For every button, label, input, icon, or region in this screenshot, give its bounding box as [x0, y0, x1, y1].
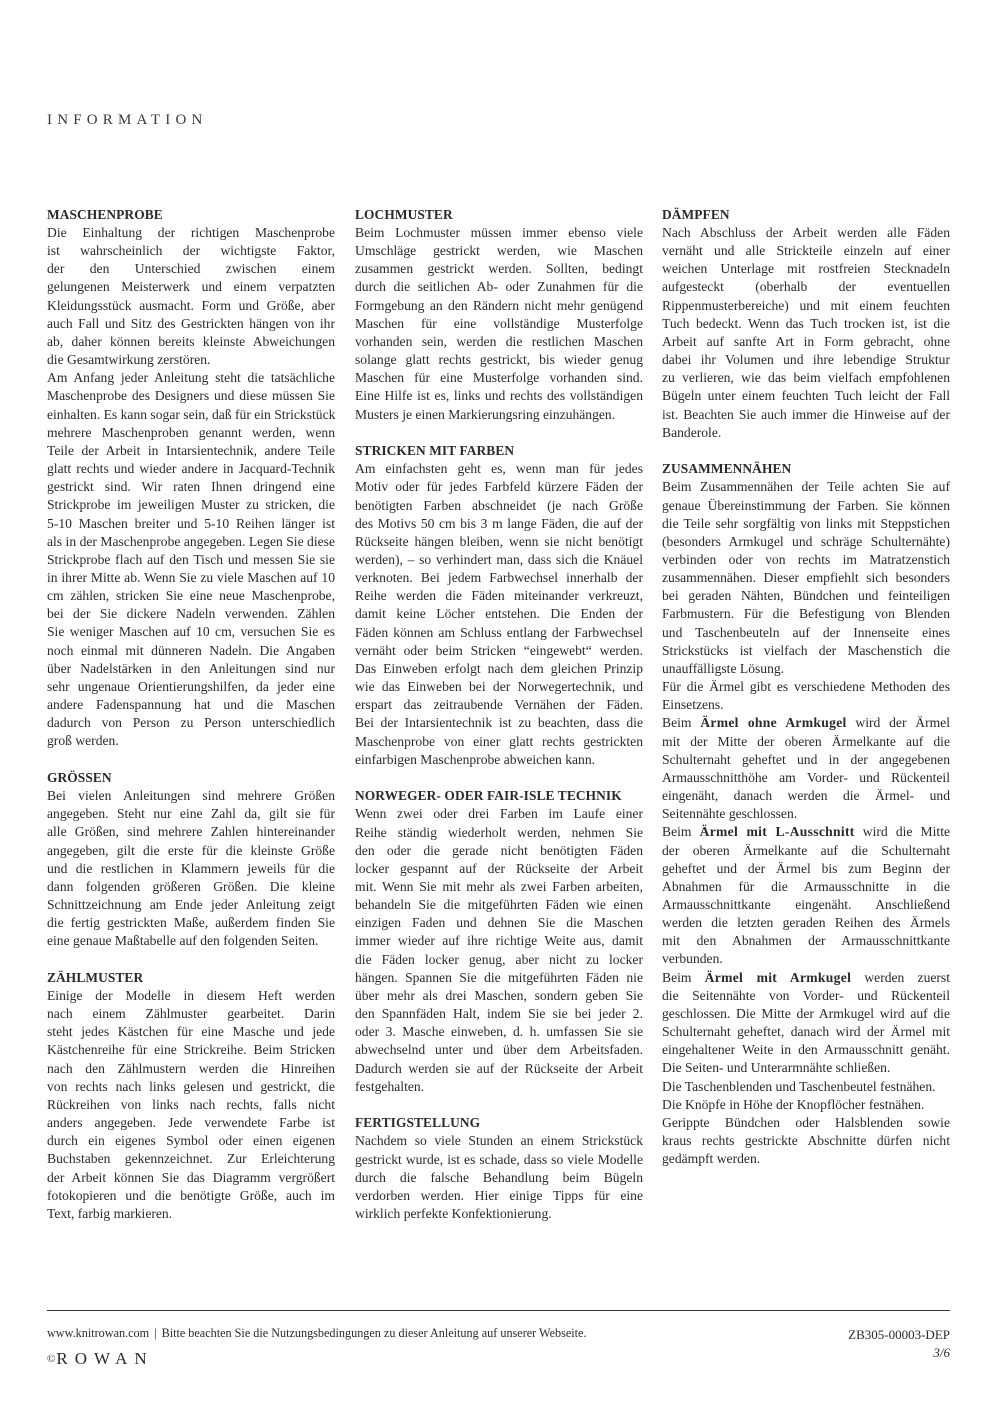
text-line: Beim Ärmel mit L-Ausschnitt wird die Mit… — [662, 823, 950, 841]
text-line: Die Knöpfe in Höhe der Knopflöcher festn… — [662, 1096, 950, 1114]
text-line: Dadurch werden sie auf der Rückseite der… — [355, 1060, 643, 1078]
text-segment: Beim — [662, 970, 705, 985]
text-line: Teile der Arbeit in Intarsientechnik, an… — [47, 442, 335, 460]
text-line: Einige der Modelle in diesem Heft werden — [47, 987, 335, 1005]
text-line: damit keine Löcher entstehen. Die Enden … — [355, 605, 643, 623]
text-line: vernäht und alle Strickteile einzeln auf… — [662, 242, 950, 260]
text-line: einhalten. Es kann sogar sein, daß für e… — [47, 406, 335, 424]
text-line: glatt rechts und wieder andere in Jacqua… — [47, 460, 335, 478]
text-line: benötigten Farben abschneidet (je nach G… — [355, 497, 643, 515]
text-line: mit. Wenn Sie mit mehr als zwei Farben a… — [355, 878, 643, 896]
text-line: Die Seiten- und Unterarmnähte schließen. — [662, 1059, 950, 1077]
text-line: verbunden. — [662, 950, 950, 968]
text-line: ist wahrscheinlich der wichtigste Faktor… — [47, 242, 335, 260]
text-line: Strickprobe flach auf den Tisch und mess… — [47, 551, 335, 569]
text-line: über Nadelstärken in den Anleitungen sin… — [47, 660, 335, 678]
text-line: mit der Mitte der oberen Ärmelkante auf … — [662, 733, 950, 751]
section-body: Beim Zusammennähen der Teile achten Sie … — [662, 478, 950, 1168]
text-line: durch ein eigenes Symbol oder einen eige… — [47, 1132, 335, 1150]
text-line: Am einfachsten geht es, wenn man für jed… — [355, 460, 643, 478]
text-line: verdorben werden. Hier einige Tipps für … — [355, 1187, 643, 1205]
column-2: LOCHMUSTERBeim Lochmuster müssen immer e… — [355, 206, 643, 1242]
section-heading: ZÄHLMUSTER — [47, 969, 335, 987]
text-line: alle Größen, sind mehrere Zahlen hintere… — [47, 823, 335, 841]
text-line: dabei ihr Volumen und ihre lebendige Str… — [662, 351, 950, 369]
text-line: werden die letzten geraden Reihen des Är… — [662, 914, 950, 932]
text-line: geheftet und der Ärmel bis zum Beginn de… — [662, 860, 950, 878]
text-line: Seitennähte geschlossen. — [662, 805, 950, 823]
text-line: Umschläge gestrickt werden, wie Maschen — [355, 242, 643, 260]
text-line: gedämpft werden. — [662, 1150, 950, 1168]
section-dampfen: DÄMPFENNach Abschluss der Arbeit werden … — [662, 206, 950, 442]
footer-divider — [47, 1310, 950, 1311]
footer-notice: www.knitrowan.com|Bitte beachten Sie die… — [47, 1326, 586, 1341]
text-line: abwechselnd unter und über dem Arbeitsfa… — [355, 1041, 643, 1059]
text-line: eingenäht, danach werden die Ärmel- und — [662, 787, 950, 805]
text-line: oder 3. Masche einweben, d. h. umfassen … — [355, 1023, 643, 1041]
section-heading: GRÖSSEN — [47, 769, 335, 787]
page-title: INFORMATION — [47, 112, 208, 129]
text-line: fotokopieren und die benötigte Größe, au… — [47, 1187, 335, 1205]
text-line: über mehr als drei Maschen, sondern gebe… — [355, 987, 643, 1005]
text-line: Kleidungsstück ausmacht. Form und Größe,… — [47, 297, 335, 315]
document-code: ZB305-00003-DEP — [848, 1326, 950, 1344]
text-line: Wenn zwei oder drei Farben im Laufe eine… — [355, 805, 643, 823]
section-body: Die Einhaltung der richtigen Maschenprob… — [47, 224, 335, 751]
text-line: Rückseite hängen bleiben, wenn sie nicht… — [355, 533, 643, 551]
text-line: Beim Zusammennähen der Teile achten Sie … — [662, 478, 950, 496]
text-line: in ihrer Mitte ab. Wenn Sie zu viele Mas… — [47, 569, 335, 587]
text-line: mehrere Maschenproben genannt werden, we… — [47, 424, 335, 442]
text-line: vorhanden sein, werden die restlichen Ma… — [355, 333, 643, 351]
text-line: angegeben. Steht nur eine Zahl da, gilt … — [47, 805, 335, 823]
section-body: Am einfachsten geht es, wenn man für jed… — [355, 460, 643, 769]
text-segment: wird der Ärmel — [847, 715, 950, 730]
section-body: Einige der Modelle in diesem Heft werden… — [47, 987, 335, 1223]
text-line: gestrickt sind. Wir raten Ihnen dringend… — [47, 478, 335, 496]
text-line: aufgesteckt (oberhalb der eventuellen — [662, 278, 950, 296]
section-heading: DÄMPFEN — [662, 206, 950, 224]
section-body: Beim Lochmuster müssen immer ebenso viel… — [355, 224, 643, 424]
text-line: zu verlieren, wie das beim vielfach empf… — [662, 369, 950, 387]
text-line: geschlossen. Die Mitte der Armkugel wird… — [662, 1005, 950, 1023]
text-line: Bei der Intarsientechnik ist zu beachten… — [355, 714, 643, 732]
section-body: Wenn zwei oder drei Farben im Laufe eine… — [355, 805, 643, 1096]
text-line: Das Einweben erfolgt nach dem gleichen P… — [355, 660, 643, 678]
section-lochmuster: LOCHMUSTERBeim Lochmuster müssen immer e… — [355, 206, 643, 424]
text-line: und die restlichen in Klammern jeweils f… — [47, 860, 335, 878]
text-line: genaue Übereinstimmung der Farben. Sie k… — [662, 497, 950, 515]
text-line: gelungenen Meisterwerk und einem verpatz… — [47, 278, 335, 296]
text-line: Bei vielen Anleitungen sind mehrere Größ… — [47, 787, 335, 805]
section-heading: STRICKEN MIT FARBEN — [355, 442, 643, 460]
text-line: einfarbigen Maschenprobe abweichen kann. — [355, 751, 643, 769]
text-line: steht jedes Kästchen für eine Masche und… — [47, 1023, 335, 1041]
section-norweger-oder-fair-isle-technik: NORWEGER- ODER FAIR-ISLE TECHNIKWenn zwe… — [355, 787, 643, 1096]
text-line: mit den Abnahmen der Armausschnittkante — [662, 932, 950, 950]
text-line: bei geraden Nähten, Bündchen und feintei… — [662, 587, 950, 605]
section-heading: NORWEGER- ODER FAIR-ISLE TECHNIK — [355, 787, 643, 805]
text-line: Einsetzens. — [662, 696, 950, 714]
text-line: Fäden können am Schluss entlang der Farb… — [355, 624, 643, 642]
text-line: eine genaue Maßtabelle auf den folgenden… — [47, 932, 335, 950]
text-line: Maschenprobe des Designers und diese müs… — [47, 387, 335, 405]
text-line: wirklich perfekte Konfektionierung. — [355, 1205, 643, 1223]
text-line: verbinden oder von rechts im Matratzenst… — [662, 551, 950, 569]
text-line: weichen Unterlage mit rostfreien Steckna… — [662, 260, 950, 278]
section-fertigstellung: FERTIGSTELLUNGNachdem so viele Stunden a… — [355, 1114, 643, 1223]
brand-logo: ©ROWAN — [47, 1349, 154, 1369]
text-line: Farbmustern. Für die Befestigung von Ble… — [662, 605, 950, 623]
text-line: (besonders Armkugel und schräge Schulter… — [662, 533, 950, 551]
text-line: Gerippte Bündchen oder Halsblenden sowie — [662, 1114, 950, 1132]
text-line: behandeln Sie die mitgeführten Fäden wie… — [355, 896, 643, 914]
text-line: angegeben, gilt die erste für die kleins… — [47, 842, 335, 860]
text-line: Schulternaht geheftet und in der angegeb… — [662, 751, 950, 769]
text-line: ist. Beachten Sie auch immer die Hinweis… — [662, 406, 950, 424]
text-line: des Motivs 50 cm bis 3 m lange Fäden, di… — [355, 515, 643, 533]
text-line: Schulternaht geheftet, danach wird der Ä… — [662, 1023, 950, 1041]
section-zahlmuster: ZÄHLMUSTEREinige der Modelle in diesem H… — [47, 969, 335, 1223]
text-line: locker gespannt auf der Rückseite der Ar… — [355, 860, 643, 878]
section-heading: FERTIGSTELLUNG — [355, 1114, 643, 1132]
text-line: verknoten. Bei jedem Farbwechsel innerha… — [355, 569, 643, 587]
text-line: die Teile sehr sorgfältig von links mit … — [662, 515, 950, 533]
text-line: der Arbeit können Sie das Diagramm vergr… — [47, 1169, 335, 1187]
bold-term: Ärmel mit L-Ausschnitt — [700, 824, 855, 839]
text-line: anders angegeben. Jede verwendete Farbe … — [47, 1114, 335, 1132]
section-heading: ZUSAMMENNÄHEN — [662, 460, 950, 478]
text-segment: Beim — [662, 715, 700, 730]
text-segment: Beim — [662, 824, 700, 839]
brand-name: ROWAN — [56, 1349, 153, 1368]
text-line: durch die falsche Behandlung beim Bügeln — [355, 1169, 643, 1187]
text-line: Buchstaben gekennzeichnet. Zur Erleichte… — [47, 1150, 335, 1168]
text-line: den Spannfäden Halt, indem Sie sie bei j… — [355, 1005, 643, 1023]
text-line: nach einem Zählmuster gearbeitet. Darin — [47, 1005, 335, 1023]
column-3: DÄMPFENNach Abschluss der Arbeit werden … — [662, 206, 950, 1187]
text-line: Maschen für eine Musterfolge vorhanden s… — [355, 369, 643, 387]
document-info: ZB305-00003-DEP 3/6 — [848, 1326, 950, 1362]
text-line: Am Anfang jeder Anleitung steht die tats… — [47, 369, 335, 387]
text-line: kraus rechts gestrickte Abschnitte dürfe… — [662, 1132, 950, 1150]
text-line: dadurch von Person zu Person unterschied… — [47, 714, 335, 732]
text-line: Musters je einen Markierungsring einzuhä… — [355, 406, 643, 424]
text-line: Maschen für eine vollständige Musterfolg… — [355, 315, 643, 333]
bold-term: Ärmel ohne Armkugel — [700, 715, 846, 730]
terms-notice: Bitte beachten Sie die Nutzungsbedingung… — [162, 1326, 587, 1340]
text-line: der oberen Ärmelkante auf die Schulterna… — [662, 842, 950, 860]
bold-term: Ärmel mit Armkugel — [705, 970, 852, 985]
text-line: wie das Einweben bei der Norwegertechnik… — [355, 678, 643, 696]
text-line: Formgebung an den Rändern nicht mehr gen… — [355, 297, 643, 315]
text-line: noch einmal mit dünneren Nadeln. Die Ang… — [47, 642, 335, 660]
text-line: Armausschnittkante eingenäht. Anschließe… — [662, 896, 950, 914]
text-line: solange glatt rechts gestrickt, bis wied… — [355, 351, 643, 369]
section-body: Bei vielen Anleitungen sind mehrere Größ… — [47, 787, 335, 950]
text-line: Rückreihen von links nach rechts, falls … — [47, 1096, 335, 1114]
text-line: Die Einhaltung der richtigen Maschenprob… — [47, 224, 335, 242]
column-1: MASCHENPROBEDie Einhaltung der richtigen… — [47, 206, 335, 1241]
text-line: sehr ungenaue Orientierungshilfen, da je… — [47, 678, 335, 696]
text-line: die Gesamtwirkung zerstören. — [47, 351, 335, 369]
text-line: durch die seitlichen Ab- oder Zunahmen f… — [355, 278, 643, 296]
text-line: Beim Ärmel mit Armkugel werden zuerst — [662, 969, 950, 987]
section-heading: LOCHMUSTER — [355, 206, 643, 224]
text-line: hängen. Spannen Sie die mitgeführten Fäd… — [355, 969, 643, 987]
text-line: festgehalten. — [355, 1078, 643, 1096]
text-line: die fertig gestrickten Maße, außerdem fi… — [47, 914, 335, 932]
section-heading: MASCHENPROBE — [47, 206, 335, 224]
text-line: Reihe werden die Fäden miteinander verkr… — [355, 587, 643, 605]
text-line: Strickstücks ist vielfach der Maschensti… — [662, 642, 950, 660]
page-number: 3/6 — [848, 1344, 950, 1362]
section-body: Nachdem so viele Stunden an einem Strick… — [355, 1132, 643, 1223]
text-line: als in der Maschenprobe angegeben. Legen… — [47, 533, 335, 551]
text-line: Tuch bedeckt. Wenn das Tuch trocken ist,… — [662, 315, 950, 333]
text-line: unauffälligste Lösung. — [662, 660, 950, 678]
text-line: groß werden. — [47, 732, 335, 750]
text-line: Strickprobe im jeweiligen Muster zu stri… — [47, 496, 335, 514]
text-line: gestrickt wurde, ist es schade, dass so … — [355, 1151, 643, 1169]
text-line: Arbeit auf sanfte Art in Form gebracht, … — [662, 333, 950, 351]
text-line: Für die Ärmel gibt es verschiedene Metho… — [662, 678, 950, 696]
text-line: vernäht oder beim Stricken “eingewebt“ w… — [355, 642, 643, 660]
section-maschenprobe: MASCHENPROBEDie Einhaltung der richtigen… — [47, 206, 335, 751]
text-line: auch Fall und Sitz des Gestrickten hänge… — [47, 315, 335, 333]
text-segment: werden zuerst — [851, 970, 950, 985]
text-line: werden), – so verhindert man, dass sich … — [355, 551, 643, 569]
text-line: Rippenmusterbereiche) und mit einem feuc… — [662, 297, 950, 315]
section-grossen: GRÖSSENBei vielen Anleitungen sind mehre… — [47, 769, 335, 950]
text-line: Nachdem so viele Stunden an einem Strick… — [355, 1132, 643, 1150]
text-line: die Seitennähte von Vorder- und Rückente… — [662, 987, 950, 1005]
text-line: zusammennähen. Dieser empfiehlt sich bes… — [662, 569, 950, 587]
text-line: Schnittzeichnung am Ende jeder Anleitung… — [47, 896, 335, 914]
text-line: einzigen Faden und dehnen Sie die Masche… — [355, 914, 643, 932]
text-line: Kästchenreihe für eine Strickreihe. Beim… — [47, 1041, 335, 1059]
text-line: Nach Abschluss der Arbeit werden alle Fä… — [662, 224, 950, 242]
text-line: von rechts nach links gelesen und gestri… — [47, 1078, 335, 1096]
text-line: erspart das zeitraubende Vernähen der Fä… — [355, 696, 643, 714]
text-line: dann folgenden größeren Größen. Die klei… — [47, 878, 335, 896]
text-line: zusammen gestrickt werden. Sollten, bedi… — [355, 260, 643, 278]
text-line: Maschenprobe von einer glatt rechts gest… — [355, 733, 643, 751]
text-line: Beim Ärmel ohne Armkugel wird der Ärmel — [662, 714, 950, 732]
text-line: Beim Lochmuster müssen immer ebenso viel… — [355, 224, 643, 242]
text-line: Reihe ständig wiederholt werden, nehmen … — [355, 824, 643, 842]
text-line: Eine Hilfe ist es, links und rechts des … — [355, 387, 643, 405]
text-line: Text, farbig markieren. — [47, 1205, 335, 1223]
text-line: der den Unterschied zwischen einem — [47, 260, 335, 278]
text-line: ab, daher können bereits kleinste Abweic… — [47, 333, 335, 351]
footer-separator: | — [149, 1326, 161, 1340]
text-line: Armausschnitthöhe am Vorder- und Rückent… — [662, 769, 950, 787]
text-line: Sie weniger Maschen auf 10 cm, versuchen… — [47, 623, 335, 641]
text-line: den oder die gerade nicht benötigten Fäd… — [355, 842, 643, 860]
text-line: andere Fadenspannung hat und die Maschen — [47, 696, 335, 714]
text-line: immer wieder auf ihre richtige Weite aus… — [355, 932, 643, 950]
text-line: Bügeln unter einem feuchten Tuch leicht … — [662, 387, 950, 405]
text-line: cm zählen, stricken Sie eine neue Masche… — [47, 587, 335, 605]
section-stricken-mit-farben: STRICKEN MIT FARBENAm einfachsten geht e… — [355, 442, 643, 769]
text-line: Motiv oder für jedes Farbfeld kürzere Fä… — [355, 478, 643, 496]
text-line: 5-10 Maschen breiter und 5-10 Reihen län… — [47, 515, 335, 533]
section-zusammennahen: ZUSAMMENNÄHENBeim Zusammennähen der Teil… — [662, 460, 950, 1168]
copyright-symbol: © — [47, 1353, 55, 1365]
text-segment: wird die Mitte — [855, 824, 950, 839]
text-line: nach den Zählmustern werden die Hinreihe… — [47, 1060, 335, 1078]
text-line: Abnahmen für die Armausschnitte in die — [662, 878, 950, 896]
section-body: Nach Abschluss der Arbeit werden alle Fä… — [662, 224, 950, 442]
text-line: und Taschenbeuteln auf der Innenseite ei… — [662, 624, 950, 642]
website-link[interactable]: www.knitrowan.com — [47, 1326, 149, 1340]
text-line: bei der Sie dickere Nadeln verwenden. Zä… — [47, 605, 335, 623]
text-line: die Fäden locker genug, aber nicht zu lo… — [355, 951, 643, 969]
text-line: Banderole. — [662, 424, 950, 442]
text-line: eingehaltener Weite in den Armausschnitt… — [662, 1041, 950, 1059]
text-line: Die Taschenblenden und Taschenbeutel fes… — [662, 1078, 950, 1096]
